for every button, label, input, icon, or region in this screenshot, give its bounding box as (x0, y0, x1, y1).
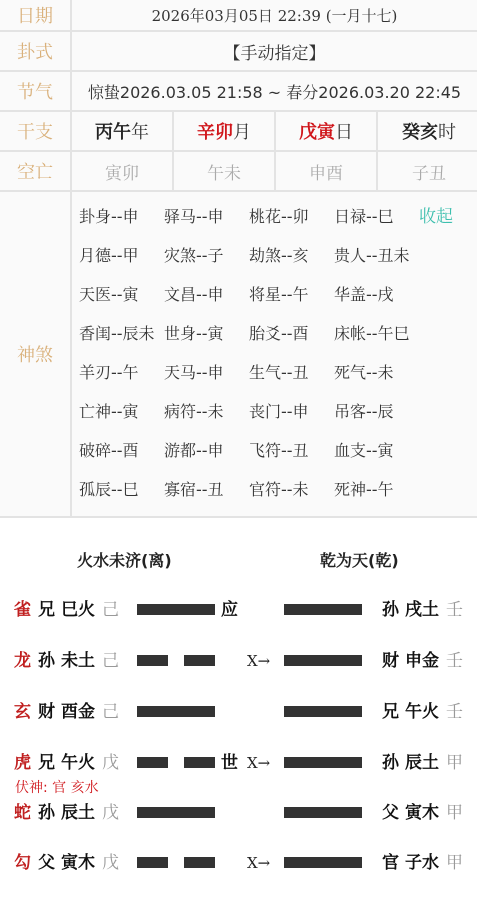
yang-line (137, 706, 215, 717)
yin-line-right (184, 655, 215, 666)
changed-six-relation: 财 (382, 650, 399, 672)
six-relation: 兄 (38, 752, 55, 774)
changed-branch-element: 戌土 (405, 599, 439, 621)
ganzhi-month-suffix: 月 (233, 118, 251, 144)
ganzhi-row: 干支 丙午年 辛卯月 戊寅日 癸亥时 (0, 112, 477, 152)
ganzhi-day-suffix: 日 (335, 118, 353, 144)
changed-branch-element: 子水 (405, 852, 439, 874)
six-beast: 蛇 (14, 802, 31, 824)
heavenly-stem: 戊 (102, 802, 119, 824)
shensha-item: 破碎--酉 (79, 441, 139, 461)
six-relation: 兄 (38, 599, 55, 621)
heavenly-stem: 己 (102, 701, 119, 723)
date-row: 日期 2026年03月05日 22:39 (一月十七) (0, 0, 477, 32)
ganzhi-year-main: 丙午 (95, 118, 131, 144)
yao-line-row: 虎兄午火戊世X→孙辰土甲 (0, 752, 477, 774)
branch-element: 巳火 (61, 599, 95, 621)
yin-line-left (137, 857, 168, 868)
shi-ying-mark: 应 (221, 599, 238, 621)
six-relation: 父 (38, 852, 55, 874)
shensha-item: 吊客--辰 (334, 402, 394, 422)
six-relation: 孙 (38, 802, 55, 824)
info-table: 日期 2026年03月05日 22:39 (一月十七) 卦式 【手动指定】 节气… (0, 0, 477, 518)
shensha-row: 神煞 收起 卦身--申驿马--申桃花--卯日禄--巳月德--甲灾煞--子劫煞--… (0, 192, 477, 518)
jieqi-label: 节气 (0, 72, 72, 110)
changed-yang-line (284, 757, 362, 768)
shensha-item: 华盖--戌 (334, 285, 394, 305)
yin-line-left (137, 757, 168, 768)
shensha-item: 羊刃--午 (79, 363, 139, 383)
hexagram-section: 火水未济(离) 乾为天(乾) 雀兄巳火己应孙戌土壬龙孙未土己X→财申金壬玄财酉金… (0, 520, 477, 900)
shensha-item: 香闺--辰未 (79, 324, 155, 344)
six-relation: 财 (38, 701, 55, 723)
branch-element: 午火 (61, 752, 95, 774)
date-label: 日期 (0, 0, 72, 30)
shensha-item: 孤辰--巳 (79, 480, 139, 500)
shensha-label: 神煞 (0, 192, 72, 516)
shensha-item: 飞符--丑 (249, 441, 309, 461)
changed-hexagram-title: 乾为天(乾) (320, 548, 399, 571)
gua-method-row: 卦式 【手动指定】 (0, 32, 477, 72)
changed-branch-element: 寅木 (405, 802, 439, 824)
ganzhi-hour: 癸亥时 (378, 112, 477, 150)
shensha-item: 月德--甲 (79, 246, 139, 266)
changed-six-relation: 父 (382, 802, 399, 824)
changed-yang-line (284, 604, 362, 615)
changed-heavenly-stem: 壬 (446, 599, 463, 621)
kongwang-hour: 子丑 (378, 152, 477, 190)
yao-line-row: 雀兄巳火己应孙戌土壬 (0, 599, 477, 621)
changed-yang-line (284, 706, 362, 717)
changed-branch-element: 申金 (405, 650, 439, 672)
yao-line-row: 勾父寅木戊X→官子水甲 (0, 852, 477, 874)
changed-branch-element: 午火 (405, 701, 439, 723)
kongwang-month: 午未 (174, 152, 276, 190)
yin-line-left (137, 655, 168, 666)
ganzhi-year: 丙午年 (72, 112, 174, 150)
ganzhi-year-suffix: 年 (131, 118, 149, 144)
ganzhi-month: 辛卯月 (174, 112, 276, 150)
date-value: 2026年03月05日 22:39 (一月十七) (72, 0, 477, 30)
collapse-toggle-button[interactable]: 收起 (419, 207, 453, 227)
heavenly-stem: 戊 (102, 752, 119, 774)
moving-line-marker: X→ (247, 752, 270, 774)
ganzhi-month-main: 辛卯 (197, 118, 233, 144)
yang-line (137, 604, 215, 615)
jieqi-row: 节气 惊蛰2026.03.05 21:58 ~ 春分2026.03.20 22:… (0, 72, 477, 112)
shensha-item: 胎爻--酉 (249, 324, 309, 344)
shensha-item: 死神--午 (334, 480, 394, 500)
six-beast: 勾 (14, 852, 31, 874)
moving-line-marker: X→ (247, 650, 270, 672)
ganzhi-cells: 丙午年 辛卯月 戊寅日 癸亥时 (72, 112, 477, 150)
six-beast: 玄 (14, 701, 31, 723)
kongwang-row: 空亡 寅卯 午未 申酉 子丑 (0, 152, 477, 192)
shensha-item: 亡神--寅 (79, 402, 139, 422)
shensha-item: 游都--申 (164, 441, 224, 461)
shensha-item: 丧门--申 (249, 402, 309, 422)
shensha-grid: 收起 卦身--申驿马--申桃花--卯日禄--巳月德--甲灾煞--子劫煞--亥贵人… (72, 192, 477, 516)
shensha-item: 贵人--丑未 (334, 246, 410, 266)
shensha-item: 桃花--卯 (249, 207, 309, 227)
branch-element: 辰土 (61, 802, 95, 824)
yin-line-right (184, 757, 215, 768)
yin-line-right (184, 857, 215, 868)
shensha-item: 文昌--申 (164, 285, 224, 305)
ganzhi-day-main: 戊寅 (299, 118, 335, 144)
shensha-item: 天医--寅 (79, 285, 139, 305)
changed-heavenly-stem: 甲 (446, 752, 463, 774)
changed-six-relation: 兄 (382, 701, 399, 723)
yao-line-row: 玄财酉金己兄午火壬 (0, 701, 477, 723)
changed-six-relation: 孙 (382, 752, 399, 774)
shensha-item: 将星--午 (249, 285, 309, 305)
shensha-item: 世身--寅 (164, 324, 224, 344)
changed-yang-line (284, 807, 362, 818)
gua-method-label: 卦式 (0, 32, 72, 70)
six-beast: 雀 (14, 599, 31, 621)
original-hexagram-title: 火水未济(离) (77, 548, 172, 571)
branch-element: 寅木 (61, 852, 95, 874)
yang-line (137, 807, 215, 818)
kongwang-cells: 寅卯 午未 申酉 子丑 (72, 152, 477, 190)
gua-method-value: 【手动指定】 (72, 32, 477, 70)
shensha-item: 病符--未 (164, 402, 224, 422)
six-relation: 孙 (38, 650, 55, 672)
ganzhi-hour-suffix: 时 (438, 118, 456, 144)
branch-element: 酉金 (61, 701, 95, 723)
changed-yang-line (284, 857, 362, 868)
kongwang-year: 寅卯 (72, 152, 174, 190)
shi-ying-mark: 世 (221, 752, 238, 774)
changed-heavenly-stem: 壬 (446, 650, 463, 672)
ganzhi-label: 干支 (0, 112, 72, 150)
ganzhi-day: 戊寅日 (276, 112, 378, 150)
kongwang-label: 空亡 (0, 152, 72, 190)
jieqi-value: 惊蛰2026.03.05 21:58 ~ 春分2026.03.20 22:45 (72, 72, 477, 110)
shensha-item: 寡宿--丑 (164, 480, 224, 500)
changed-heavenly-stem: 壬 (446, 701, 463, 723)
kongwang-day: 申酉 (276, 152, 378, 190)
shensha-item: 天马--申 (164, 363, 224, 383)
changed-six-relation: 孙 (382, 599, 399, 621)
changed-branch-element: 辰土 (405, 752, 439, 774)
shensha-item: 日禄--巳 (334, 207, 394, 227)
six-beast: 龙 (14, 650, 31, 672)
yao-line-row: 蛇孙辰土戊父寅木甲 (0, 802, 477, 824)
heavenly-stem: 己 (102, 650, 119, 672)
moving-line-marker: X→ (247, 852, 270, 874)
branch-element: 未土 (61, 650, 95, 672)
heavenly-stem: 己 (102, 599, 119, 621)
shensha-item: 卦身--申 (79, 207, 139, 227)
changed-six-relation: 官 (382, 852, 399, 874)
shensha-item: 血支--寅 (334, 441, 394, 461)
shensha-item: 驿马--申 (164, 207, 224, 227)
six-beast: 虎 (14, 752, 31, 774)
shensha-item: 灾煞--子 (164, 246, 224, 266)
changed-heavenly-stem: 甲 (446, 802, 463, 824)
shensha-item: 官符--未 (249, 480, 309, 500)
yao-line-row: 龙孙未土己X→财申金壬 (0, 650, 477, 672)
changed-heavenly-stem: 甲 (446, 852, 463, 874)
shensha-item: 死气--未 (334, 363, 394, 383)
ganzhi-hour-main: 癸亥 (402, 118, 438, 144)
hidden-spirit: 伏神: 官 亥水 (15, 777, 99, 797)
heavenly-stem: 戊 (102, 852, 119, 874)
shensha-item: 生气--丑 (249, 363, 309, 383)
changed-yang-line (284, 655, 362, 666)
shensha-item: 床帐--午巳 (334, 324, 410, 344)
shensha-item: 劫煞--亥 (249, 246, 309, 266)
